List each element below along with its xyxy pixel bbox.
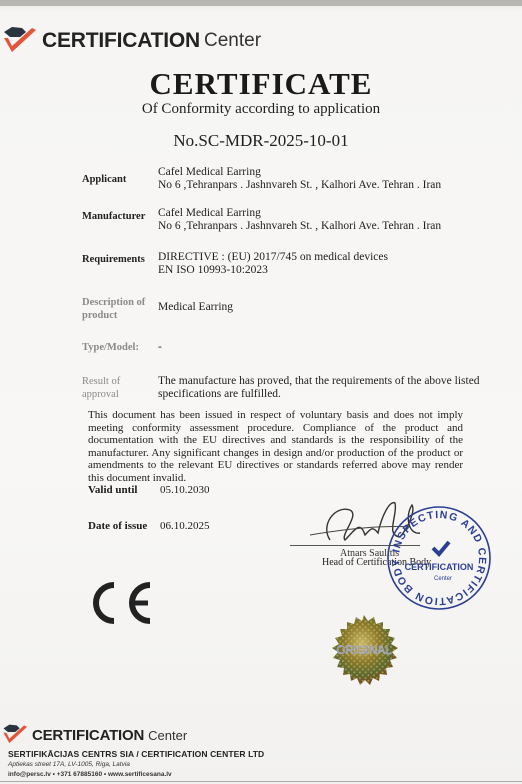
manufacturer-name: Cafel Medical Earring <box>158 207 441 220</box>
valid-until-label: Valid until <box>88 484 160 496</box>
valid-until-value: 05.10.2030 <box>160 484 210 496</box>
stamp-center-sub: Center <box>434 576 452 582</box>
requirements-directive: DIRECTIVE : (EU) 2017/745 on medical dev… <box>158 251 388 264</box>
manufacturer-row: Manufacturer Cafel Medical Earring No 6 … <box>82 207 441 233</box>
footer-logo: CERTIFICATION Center <box>2 722 187 748</box>
footer-brand-sub: Center <box>148 728 187 743</box>
manufacturer-label: Manufacturer <box>82 207 158 233</box>
applicant-name: Cafel Medical Earring <box>158 166 441 179</box>
brand-sub: Center <box>204 30 261 52</box>
disclaimer-paragraph: This document has been issued in respect… <box>88 409 463 485</box>
result-label: Result of approval <box>82 375 158 401</box>
hologram-text: ORIGINAL <box>337 645 393 657</box>
model-label: Type/Model: <box>82 341 158 354</box>
footer-company: SERTIFIKĀCIJAS CENTRS SIA / CERTIFICATIO… <box>8 749 264 759</box>
applicant-row: Applicant Cafel Medical Earring No 6 ,Te… <box>82 166 441 192</box>
description-value: Medical Earring <box>158 296 233 322</box>
certification-stamp: INSPECTING AND CERTIFICATION BODY CERTIF… <box>385 504 493 617</box>
footer-divider <box>0 781 522 782</box>
stamp-center-main: CERTIFICATION <box>405 562 474 572</box>
ce-mark-icon <box>86 581 156 630</box>
model-row: Type/Model: - <box>82 341 162 354</box>
requirements-standard: EN ISO 10993-10:2023 <box>158 264 388 277</box>
result-line2: specifications are fulfilled. <box>158 388 480 401</box>
footer-address: Aptiekas street 17A, LV-1005, Riga, Latv… <box>8 761 130 768</box>
brand-name: CERTIFICATION <box>42 29 200 53</box>
description-row: Description of product Medical Earring <box>82 296 233 322</box>
issue-date-value: 06.10.2025 <box>160 520 210 532</box>
applicant-address: No 6 ,Tehranpars . Jashnvareh St. , Kalh… <box>158 179 441 192</box>
issue-date-row: Date of issue 06.10.2025 <box>88 520 210 532</box>
certification-logo-icon <box>2 24 40 58</box>
applicant-label: Applicant <box>82 166 158 192</box>
original-hologram-seal: ORIGINAL <box>326 613 402 694</box>
certificate-subtitle: Of Conformity according to application <box>0 101 522 118</box>
stamp-ring-text: INSPECTING AND CERTIFICATION BODY <box>390 509 488 607</box>
manufacturer-address: No 6 ,Tehranpars . Jashnvareh St. , Kalh… <box>158 220 441 233</box>
issue-date-label: Date of issue <box>88 520 160 532</box>
certificate-title: CERTIFICATE <box>0 66 522 102</box>
result-line1: The manufacture has proved, that the req… <box>158 375 480 388</box>
certification-logo-icon <box>2 722 30 748</box>
model-value: - <box>158 341 162 354</box>
header-logo: CERTIFICATION Center <box>2 24 261 58</box>
result-row: Result of approval The manufacture has p… <box>82 375 480 401</box>
certificate-number: No.SC-MDR-2025-10-01 <box>0 131 522 151</box>
scan-edge <box>0 0 522 6</box>
requirements-row: Requirements DIRECTIVE : (EU) 2017/745 o… <box>82 251 388 277</box>
valid-until-row: Valid until 05.10.2030 <box>88 484 210 496</box>
footer-contact: info@persc.lv • +371 67885160 • www.sert… <box>8 771 172 778</box>
description-label: Description of product <box>82 296 158 322</box>
requirements-label: Requirements <box>82 251 158 277</box>
footer-brand-name: CERTIFICATION <box>32 727 144 744</box>
svg-text:INSPECTING AND CERTIFICATION B: INSPECTING AND CERTIFICATION BODY <box>390 509 488 607</box>
